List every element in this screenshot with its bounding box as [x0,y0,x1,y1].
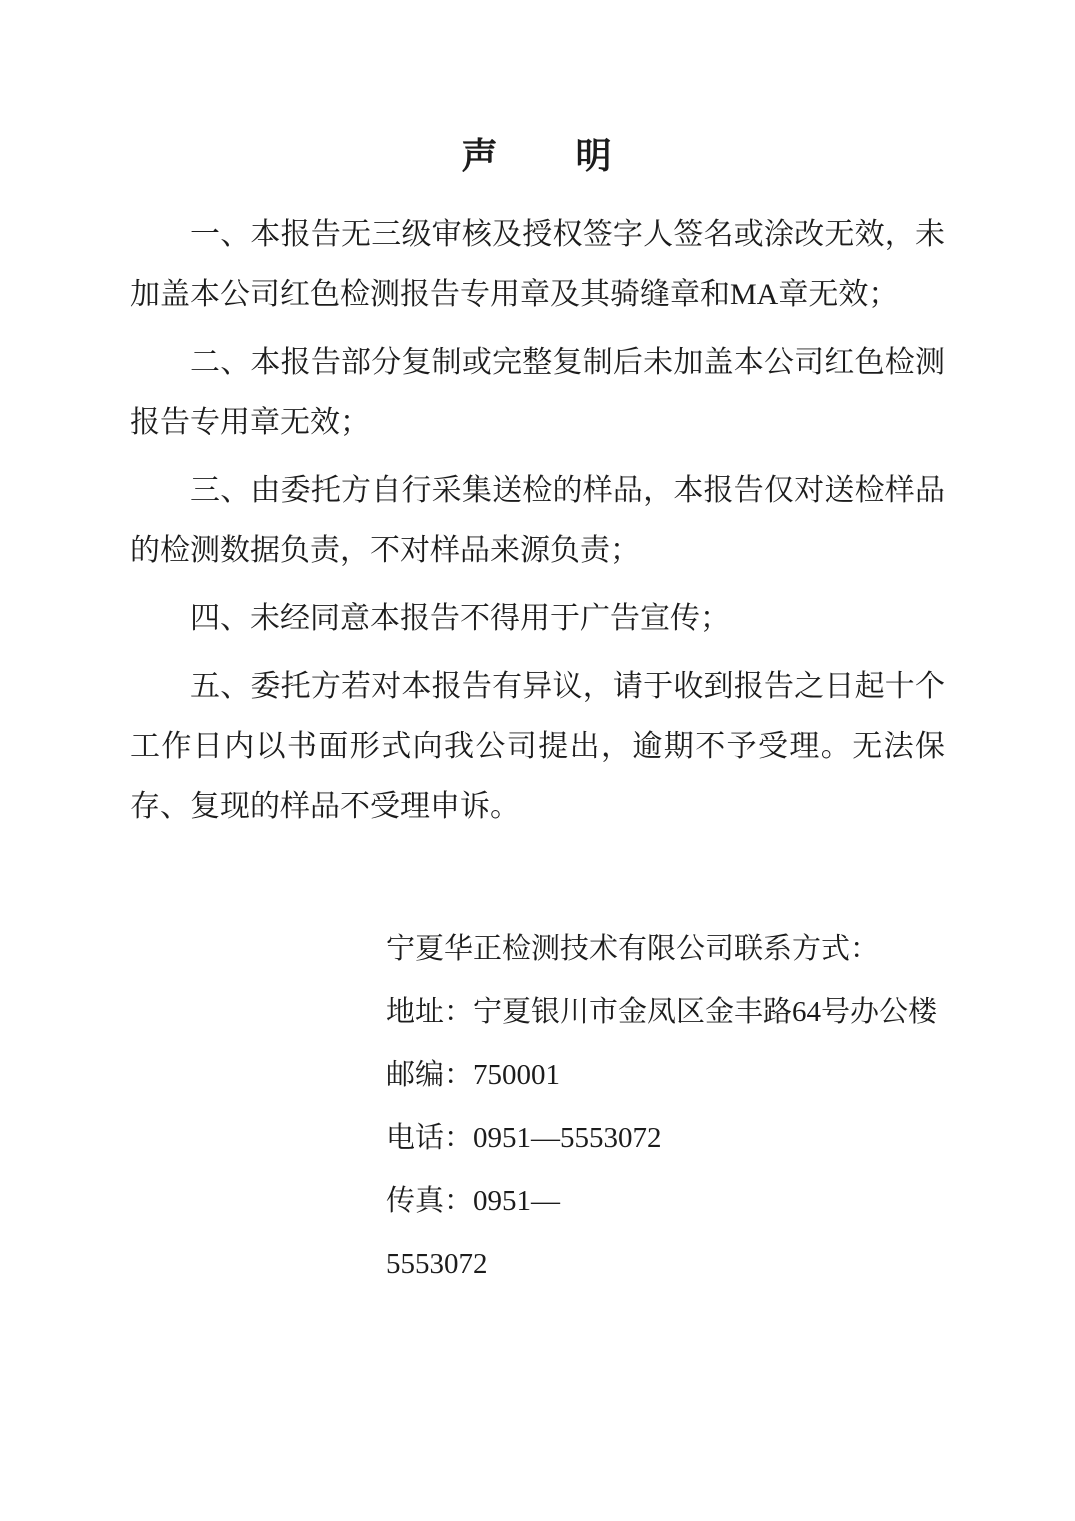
page-content: 声 明 一、本报告无三级审核及授权签字人签名或涂改无效，未加盖本公司红色检测报告… [0,0,1075,1280]
statement-paragraph-4: 四、未经同意本报告不得用于广告宣传； [130,589,945,649]
contact-fax: 传真：0951— [386,1185,945,1217]
page-title: 声 明 [130,128,945,179]
contact-heading: 宁夏华正检测技术有限公司联系方式： [386,933,945,965]
contact-postcode: 邮编：750001 [386,1059,945,1091]
contact-phone: 电话：0951—5553072 [386,1122,945,1154]
statement-paragraph-5: 五、委托方若对本报告有异议，请于收到报告之日起十个工作日内以书面形式向我公司提出… [130,657,945,837]
declaration-page: 声 明 一、本报告无三级审核及授权签字人签名或涂改无效，未加盖本公司红色检测报告… [0,0,1075,1521]
contact-address: 地址：宁夏银川市金凤区金丰路64号办公楼 [386,996,945,1028]
statement-paragraph-2: 二、本报告部分复制或完整复制后未加盖本公司红色检测报告专用章无效； [130,333,945,453]
statement-paragraph-1: 一、本报告无三级审核及授权签字人签名或涂改无效，未加盖本公司红色检测报告专用章及… [130,205,945,325]
statement-body: 一、本报告无三级审核及授权签字人签名或涂改无效，未加盖本公司红色检测报告专用章及… [130,205,945,837]
contact-fax-continuation: 5553072 [386,1248,945,1280]
statement-paragraph-3: 三、由委托方自行采集送检的样品，本报告仅对送检样品的检测数据负责，不对样品来源负… [130,461,945,581]
contact-block: 宁夏华正检测技术有限公司联系方式： 地址：宁夏银川市金凤区金丰路64号办公楼 邮… [130,933,945,1280]
